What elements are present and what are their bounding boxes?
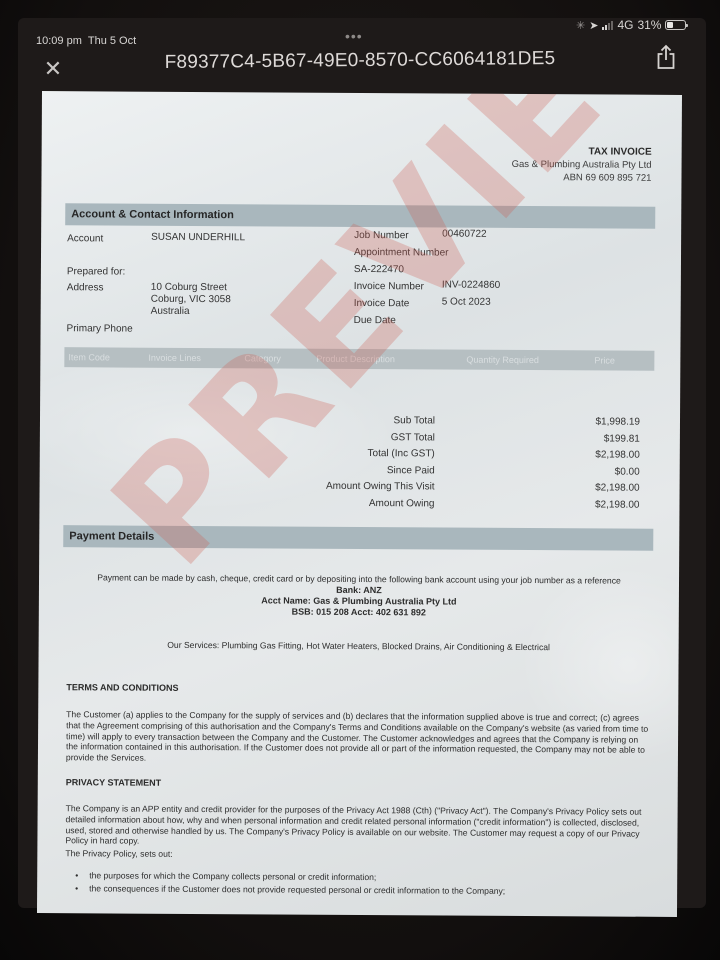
column-price: Price xyxy=(594,355,634,365)
location-arrow-icon: ➤ xyxy=(589,19,598,32)
invoice-lines-table-header: Item Code Invoice Lines Category Product… xyxy=(64,347,654,371)
primary-phone-label: Primary Phone xyxy=(67,323,133,334)
totals-value: $2,198.00 xyxy=(434,498,639,516)
column-item-code: Item Code xyxy=(68,352,148,362)
invoice-date-label: Invoice Date xyxy=(354,298,410,309)
multitasking-dots-icon[interactable]: ••• xyxy=(345,28,363,44)
column-invoice-lines: Invoice Lines xyxy=(148,353,244,364)
due-date-label: Due Date xyxy=(354,315,396,326)
invoice-header: TAX INVOICE Gas & Plumbing Australia Pty… xyxy=(512,146,652,184)
column-category: Category xyxy=(244,353,316,363)
invoice-number-label: Invoice Number xyxy=(354,281,424,292)
appointment-number-label: Appointment Number xyxy=(354,247,449,259)
totals-value: $1,998.19 xyxy=(435,415,640,433)
privacy-heading: PRIVACY STATEMENT xyxy=(66,777,161,788)
address-line-1: 10 Coburg Street xyxy=(151,282,227,293)
totals-label: Amount Owing This Visit xyxy=(240,481,435,499)
company-name: Gas & Plumbing Australia Pty Ltd xyxy=(512,159,652,171)
network-type: 4G xyxy=(617,18,633,32)
column-product-description: Product Description xyxy=(316,354,466,365)
battery-percent: 31% xyxy=(637,18,661,32)
status-indicators: ✳ ➤ 4G 31% xyxy=(576,18,686,32)
appointment-number-value: SA-222470 xyxy=(354,264,404,275)
signal-bars-icon xyxy=(602,21,613,30)
address-line-3: Australia xyxy=(151,306,190,317)
privacy-bullets: the purposes for which the Company colle… xyxy=(89,869,649,898)
totals-value: $2,198.00 xyxy=(435,449,640,467)
privacy-body: The Company is an APP entity and credit … xyxy=(65,803,649,850)
invoice-document[interactable]: TAX INVOICE Gas & Plumbing Australia Pty… xyxy=(37,91,682,917)
totals-value: $2,198.00 xyxy=(435,482,640,500)
services-list: Our Services: Plumbing Gas Fitting, Hot … xyxy=(39,639,679,653)
job-number-label: Job Number xyxy=(354,230,409,241)
status-clock: 10:09 pmThu 5 Oct xyxy=(36,35,136,47)
job-number-value: 00460722 xyxy=(442,228,487,239)
account-value: SUSAN UNDERHILL xyxy=(151,232,245,244)
address-line-2: Coburg, VIC 3058 xyxy=(151,294,231,305)
list-item: the consequences if the Customer does no… xyxy=(89,882,649,898)
account-label: Account xyxy=(67,233,103,244)
payment-section-header: Payment Details xyxy=(63,525,653,551)
address-label: Address xyxy=(67,282,104,293)
totals-summary: Sub Total$1,998.19GST Total$199.81Total … xyxy=(239,414,640,516)
totals-label: Total (Inc GST) xyxy=(240,447,435,465)
totals-row: Amount Owing$2,198.00 xyxy=(239,497,639,516)
totals-value: $199.81 xyxy=(435,432,640,450)
totals-label: Amount Owing xyxy=(239,497,434,515)
invoice-type: TAX INVOICE xyxy=(512,146,652,158)
share-icon[interactable] xyxy=(655,44,677,70)
totals-value: $0.00 xyxy=(435,465,640,483)
totals-label: Sub Total xyxy=(240,414,435,432)
terms-body: The Customer (a) applies to the Company … xyxy=(66,709,650,767)
company-abn: ABN 69 609 895 721 xyxy=(512,172,652,184)
invoice-date-value: 5 Oct 2023 xyxy=(442,296,491,307)
status-time: 10:09 pm xyxy=(36,35,82,47)
totals-label: GST Total xyxy=(240,431,435,449)
totals-label: Since Paid xyxy=(240,464,435,482)
status-date: Thu 5 Oct xyxy=(88,35,136,47)
device-frame: 10:09 pmThu 5 Oct ••• ✳ ➤ 4G 31% ✕ F8937… xyxy=(0,0,720,960)
privacy-sets-out: The Privacy Policy, sets out: xyxy=(65,848,649,862)
column-quantity-required: Quantity Required xyxy=(466,355,594,366)
prepared-for-label: Prepared for: xyxy=(67,266,125,277)
battery-icon xyxy=(665,20,686,30)
terms-heading: TERMS AND CONDITIONS xyxy=(66,682,178,693)
activity-spinner-icon: ✳ xyxy=(576,19,585,32)
account-section-header: Account & Contact Information xyxy=(65,203,655,229)
invoice-number-value: INV-0224860 xyxy=(442,279,500,290)
